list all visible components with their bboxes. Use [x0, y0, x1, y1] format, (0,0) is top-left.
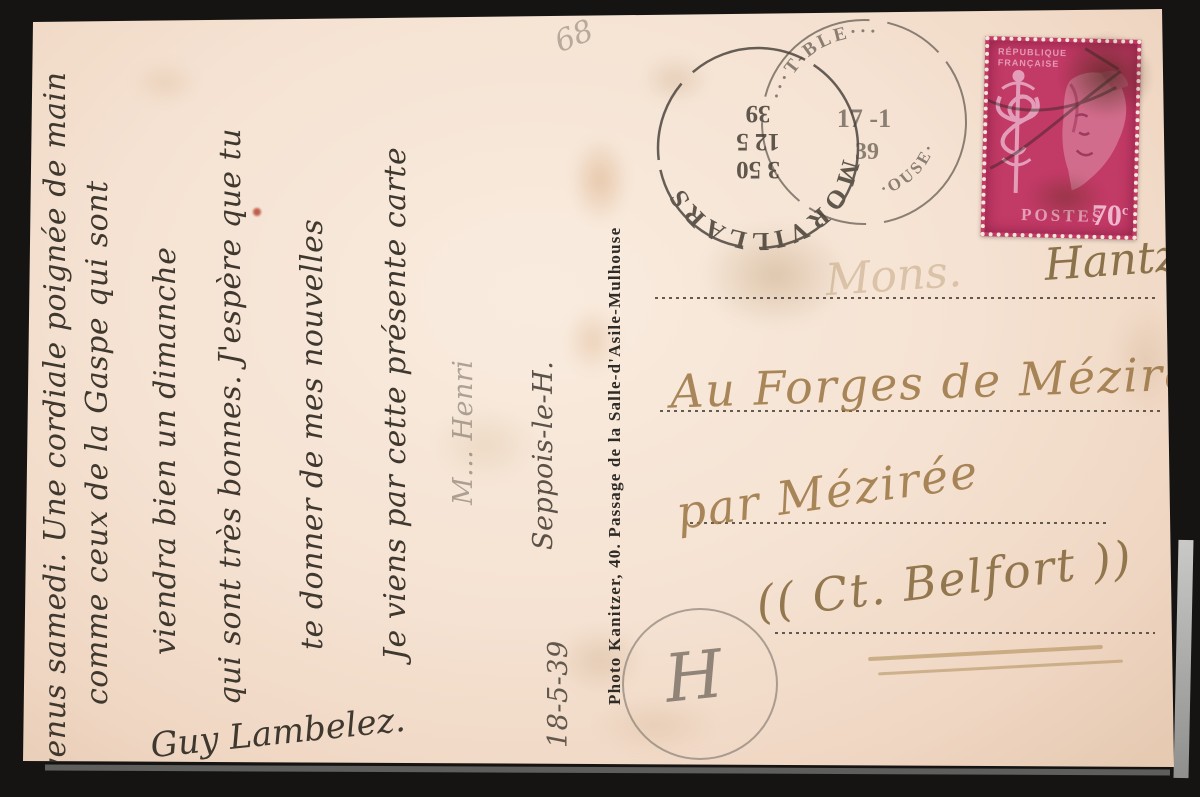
address-line-2: Au Forges de Mézirée — [669, 345, 1200, 418]
stain — [430, 405, 540, 485]
dateline-date: 18-5-39 — [543, 640, 574, 748]
address-line-4: (( Ct. Belfort )) — [753, 530, 1136, 630]
stain — [570, 135, 630, 225]
table-edge-sliver-right — [1174, 540, 1194, 778]
svg-text:···T-BLE···: ···T-BLE··· — [766, 21, 880, 102]
postmark-date: 17 -1 — [837, 104, 891, 133]
svg-text:·OUSE·: ·OUSE· — [878, 139, 939, 198]
printer-credit: Photo Kanitzer, 40. Passage de la Salle-… — [605, 227, 625, 705]
postmark-rim-top: ···T-BLE··· — [766, 21, 880, 102]
message-line: te donner de mes nouvelles — [295, 219, 330, 650]
table-edge-sliver-bottom — [45, 765, 1170, 776]
postmark-year: 39 — [855, 139, 879, 165]
message-line: comme ceux de la Gaspe qui sont — [80, 180, 115, 705]
address-underline-flourish — [878, 660, 1123, 676]
address-line-1: Mons. Hantz — [824, 231, 1180, 307]
cancellation-marks — [985, 40, 1138, 236]
message-line: venus samedi. Une cordiale poignée de ma… — [38, 72, 73, 775]
address-underline-flourish — [868, 645, 1103, 661]
address-name: Hantz — [1043, 231, 1180, 291]
message-line: qui sont très bonnes. J'espère que tu — [213, 128, 248, 705]
dateline-place: Seppois-le-H. — [528, 361, 559, 550]
pencil-number: 68 — [550, 13, 599, 60]
postcard-back: M... Henri Je viens par cette présente c… — [10, 5, 1180, 773]
stain — [130, 60, 200, 105]
address-rule-line — [775, 632, 1155, 634]
message-salutation: M... Henri — [448, 360, 479, 505]
message-signature: Guy Lambelez. — [149, 700, 408, 767]
address-line-3: par Mézirée — [673, 444, 983, 540]
postage-stamp: RÉPUBLIQUE FRANÇAISE — [981, 36, 1142, 240]
postmark-rim-bottom: ·OUSE· — [878, 139, 939, 198]
postcard-photo: M... Henri Je viens par cette présente c… — [0, 0, 1200, 797]
postmark-right-faint: ···T-BLE··· ·OUSE· 17 -1 39 — [749, 7, 979, 237]
message-line: viendra bien un dimanche — [148, 246, 183, 655]
annotation-letter: H — [661, 635, 726, 718]
ink-fleck-red — [253, 208, 261, 216]
message-line: Je viens par cette présente carte — [378, 147, 413, 660]
